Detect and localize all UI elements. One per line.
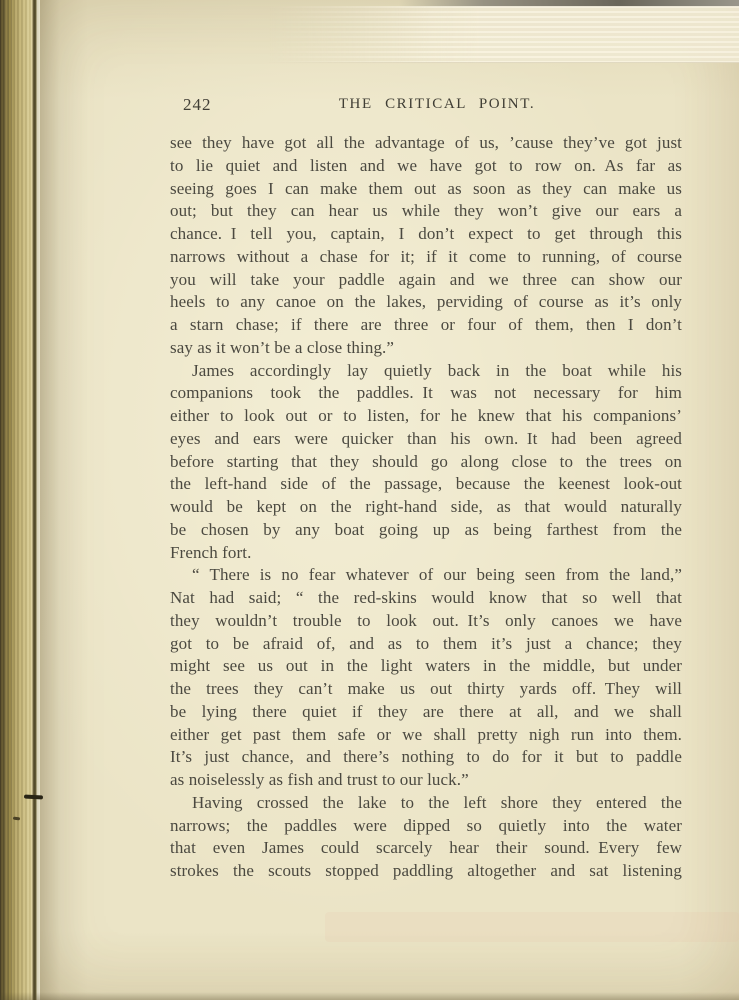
text-line: seeing goes I can make them out as soon … — [170, 178, 682, 201]
running-title: THE CRITICAL POINT. — [181, 96, 693, 113]
text-line: the left-hand side of the passage, becau… — [170, 473, 682, 496]
text-line: say as it won’t be a close thing.” — [170, 337, 682, 360]
text-line: strokes the scouts stopped paddling alto… — [170, 860, 682, 883]
text-line: you will take your paddle again and we t… — [170, 269, 682, 292]
text-line: narrows without a chase for it; if it co… — [170, 246, 682, 269]
text-line: to lie quiet and listen and we have got … — [170, 155, 682, 178]
text-line: see they have got all the advantage of u… — [170, 132, 682, 155]
paragraph: “ There is no fear whatever of our being… — [170, 564, 682, 792]
text-line: would be kept on the right-hand side, as… — [170, 496, 682, 519]
text-line: Nat had said; “ the red-skins would know… — [170, 587, 682, 610]
text-line: narrows; the paddles were dipped so quie… — [170, 815, 682, 838]
text-line: James accordingly lay quietly back in th… — [170, 360, 682, 383]
text-line: might see us out in the light waters in … — [170, 655, 682, 678]
text-line: a starn chase; if there are three or fou… — [170, 314, 682, 337]
text-line: be lying there quiet if they are there a… — [170, 701, 682, 724]
text-line: as noiselessly as fish and trust to our … — [170, 769, 682, 792]
text-line: that even James could scarcely hear thei… — [170, 837, 682, 860]
text-line: the trees they can’t make us out thirty … — [170, 678, 682, 701]
gutter-shadow — [40, 0, 88, 1000]
bottom-page-edge — [0, 992, 739, 1000]
text-line: eyes and ears were quicker than his own.… — [170, 428, 682, 451]
top-page-edges — [266, 6, 739, 63]
text-line: heels to any canoe on the lakes, pervidi… — [170, 291, 682, 314]
book-scan: 242 THE CRITICAL POINT. see they have go… — [0, 0, 739, 1000]
text-line: It’s just chance, and there’s nothing to… — [170, 746, 682, 769]
text-line: “ There is no fear whatever of our being… — [170, 564, 682, 587]
text-line: either to look out or to listen, for he … — [170, 405, 682, 428]
text-line: chance. I tell you, captain, I don’t exp… — [170, 223, 682, 246]
text-line: they wouldn’t trouble to look out. It’s … — [170, 610, 682, 633]
text-line: Having crossed the lake to the left shor… — [170, 792, 682, 815]
text-line: out; but they can hear us while they won… — [170, 200, 682, 223]
page-header: 242 THE CRITICAL POINT. — [170, 95, 682, 117]
paragraph: Having crossed the lake to the left shor… — [170, 792, 682, 883]
text-line: either get past them safe or we shall pr… — [170, 724, 682, 747]
text-line: before starting that they should go alon… — [170, 451, 682, 474]
paragraph: James accordingly lay quietly back in th… — [170, 360, 682, 565]
page-edges — [0, 0, 40, 1000]
text-line: French fort. — [170, 542, 682, 565]
text-line: be chosen by any boat going up as being … — [170, 519, 682, 542]
text-line: companions took the paddles. It was not … — [170, 382, 682, 405]
text-line: got to be afraid of, and as to them it’s… — [170, 633, 682, 656]
paragraph: see they have got all the advantage of u… — [170, 132, 682, 360]
body-text: see they have got all the advantage of u… — [170, 132, 682, 883]
paper-discoloration — [325, 912, 739, 942]
